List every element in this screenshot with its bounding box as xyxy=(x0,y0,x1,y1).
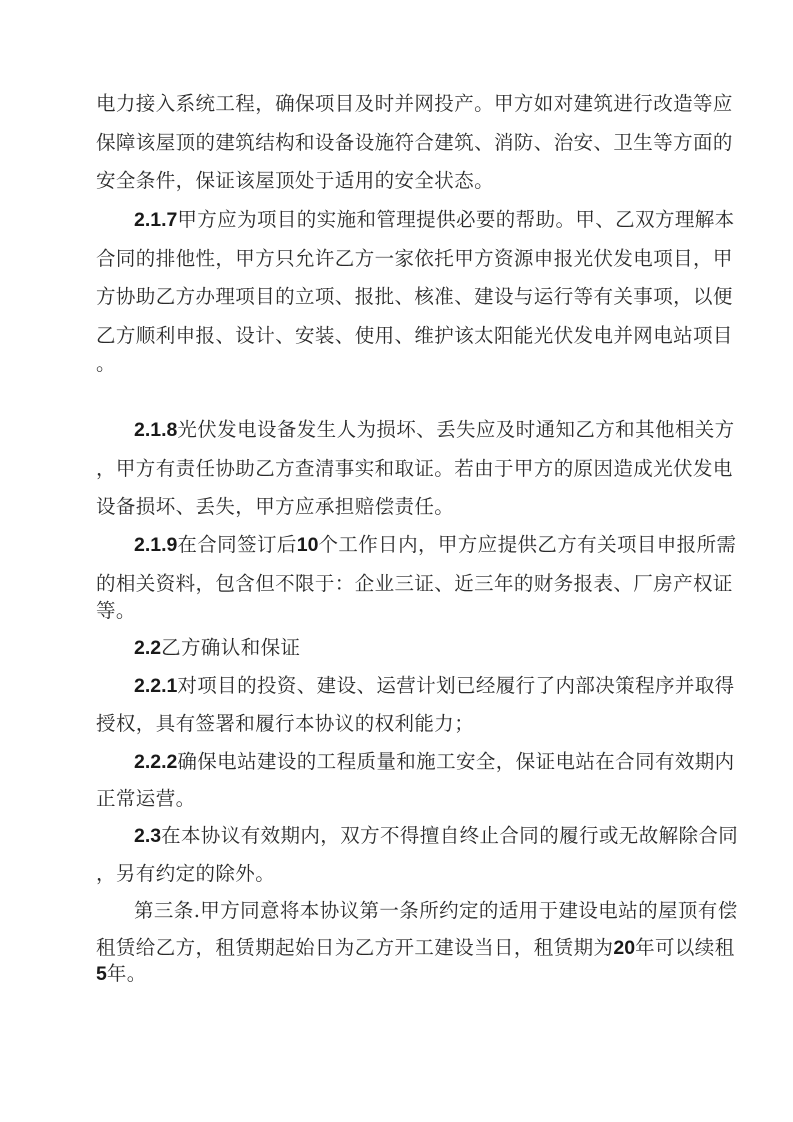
text-line: 2.3在本协议有效期内，双方不得擅自终止合同的履行或无故解除合同 xyxy=(134,823,696,849)
text-line: 2.2.1对项目的投资、建设、运营计划已经履行了内部决策程序并取得 xyxy=(134,673,696,699)
clause-number: 5 xyxy=(96,963,107,985)
line-text: 授权，具有签署和履行本协议的权利能力； xyxy=(96,712,474,735)
line-text: 第三条.甲方同意将本协议第一条所约定的适用于建设电站的屋顶有偿 xyxy=(134,899,738,922)
text-line: 方协助乙方办理项目的立项、报批、核准、建设与运行等有关事项，以便 xyxy=(96,284,696,310)
text-line: 租赁给乙方，租赁期起始日为乙方开工建设当日，租赁期为20年可以续租 xyxy=(96,935,696,961)
text-line: 设备损坏、丢失，甲方应承担赔偿责任。 xyxy=(96,494,696,520)
text-line: 授权，具有签署和履行本协议的权利能力； xyxy=(96,711,696,737)
line-text: 确保电站建设的工程质量和施工安全，保证电站在合同有效期内 xyxy=(177,750,734,773)
line-text: 在本协议有效期内，双方不得擅自终止合同的履行或无故解除合同 xyxy=(161,824,738,847)
clause-number: 2.2.2 xyxy=(134,751,177,773)
line-text: 合同的排他性，甲方只允许乙方一家依托甲方资源申报光伏发电项目，甲 xyxy=(96,247,733,270)
document-page: 电力接入系统工程，确保项目及时并网投产。甲方如对建筑进行改造等应保障该屋顶的建筑… xyxy=(0,0,793,1122)
line-text: 安全条件，保证该屋顶处于适用的安全状态。 xyxy=(96,169,494,192)
text-line: 电力接入系统工程，确保项目及时并网投产。甲方如对建筑进行改造等应 xyxy=(96,91,696,117)
line-text: 甲方应为项目的实施和管理提供必要的帮助。甲、乙双方理解本 xyxy=(177,208,734,231)
text-line: 安全条件，保证该屋顶处于适用的安全状态。 xyxy=(96,168,696,194)
text-line: 等。 xyxy=(96,598,696,624)
line-text: 光伏发电设备发生人为损坏、丢失应及时通知乙方和其他相关方 xyxy=(177,418,734,441)
clause-number: 2.1.9 xyxy=(134,534,177,556)
line-text: 等。 xyxy=(96,599,136,622)
line-text: 保障该屋顶的建筑结构和设备设施符合建筑、消防、治安、卫生等方面的 xyxy=(96,131,733,154)
text-line: 2.1.9在合同签订后10个工作日内，甲方应提供乙方有关项目申报所需 xyxy=(134,532,696,558)
line-text: 乙方确认和保证 xyxy=(161,636,300,659)
line-text: ，另有约定的除外。 xyxy=(96,862,275,885)
line-text: 电力接入系统工程，确保项目及时并网投产。甲方如对建筑进行改造等应 xyxy=(96,92,733,115)
line-text: 乙方顺利申报、设计、安装、使用、维护该太阳能光伏发电并网电站项目 xyxy=(96,324,733,347)
line-text: 年可以续租 xyxy=(635,936,735,959)
text-line: 乙方顺利申报、设计、安装、使用、维护该太阳能光伏发电并网电站项目 xyxy=(96,323,696,349)
text-line: ，甲方有责任协助乙方查清事实和取证。若由于甲方的原因造成光伏发电 xyxy=(96,456,696,482)
text-line: 的相关资料，包含但不限于：企业三证、近三年的财务报表、厂房产权证 xyxy=(96,571,696,597)
line-text: 在合同签订后 xyxy=(177,533,296,556)
text-line: ，另有约定的除外。 xyxy=(96,861,696,887)
text-line: 2.2乙方确认和保证 xyxy=(134,635,696,661)
text-line: 。 xyxy=(96,351,696,377)
text-line: 2.1.7甲方应为项目的实施和管理提供必要的帮助。甲、乙双方理解本 xyxy=(134,207,696,233)
line-text: ，甲方有责任协助乙方查清事实和取证。若由于甲方的原因造成光伏发电 xyxy=(96,457,733,480)
line-text: 方协助乙方办理项目的立项、报批、核准、建设与运行等有关事项，以便 xyxy=(96,285,733,308)
text-line: 正常运营。 xyxy=(96,786,696,812)
line-text: 正常运营。 xyxy=(96,787,196,810)
clause-number: 2.1.8 xyxy=(134,419,177,441)
inline-number: 20 xyxy=(613,937,635,959)
clause-number: 2.2 xyxy=(134,637,161,659)
line-text: 对项目的投资、建设、运营计划已经履行了内部决策程序并取得 xyxy=(177,674,734,697)
line-text: 设备损坏、丢失，甲方应承担赔偿责任。 xyxy=(96,495,454,518)
clause-number: 2.1.7 xyxy=(134,209,177,231)
text-line: 2.1.8光伏发电设备发生人为损坏、丢失应及时通知乙方和其他相关方 xyxy=(134,417,696,443)
line-text: 。 xyxy=(96,352,116,375)
inline-number: 10 xyxy=(297,534,319,556)
text-line: 保障该屋顶的建筑结构和设备设施符合建筑、消防、治安、卫生等方面的 xyxy=(96,130,696,156)
line-text: 年。 xyxy=(107,962,147,985)
clause-number: 2.3 xyxy=(134,825,161,847)
clause-number: 2.2.1 xyxy=(134,675,177,697)
text-line: 合同的排他性，甲方只允许乙方一家依托甲方资源申报光伏发电项目，甲 xyxy=(96,246,696,272)
line-text: 的相关资料，包含但不限于：企业三证、近三年的财务报表、厂房产权证 xyxy=(96,572,733,595)
text-line: 2.2.2确保电站建设的工程质量和施工安全，保证电站在合同有效期内 xyxy=(134,749,696,775)
text-line: 第三条.甲方同意将本协议第一条所约定的适用于建设电站的屋顶有偿 xyxy=(134,898,696,924)
text-line: 5年。 xyxy=(96,961,696,987)
line-text: 个工作日内，甲方应提供乙方有关项目申报所需 xyxy=(318,533,736,556)
line-text: 租赁给乙方，租赁期起始日为乙方开工建设当日，租赁期为 xyxy=(96,936,613,959)
